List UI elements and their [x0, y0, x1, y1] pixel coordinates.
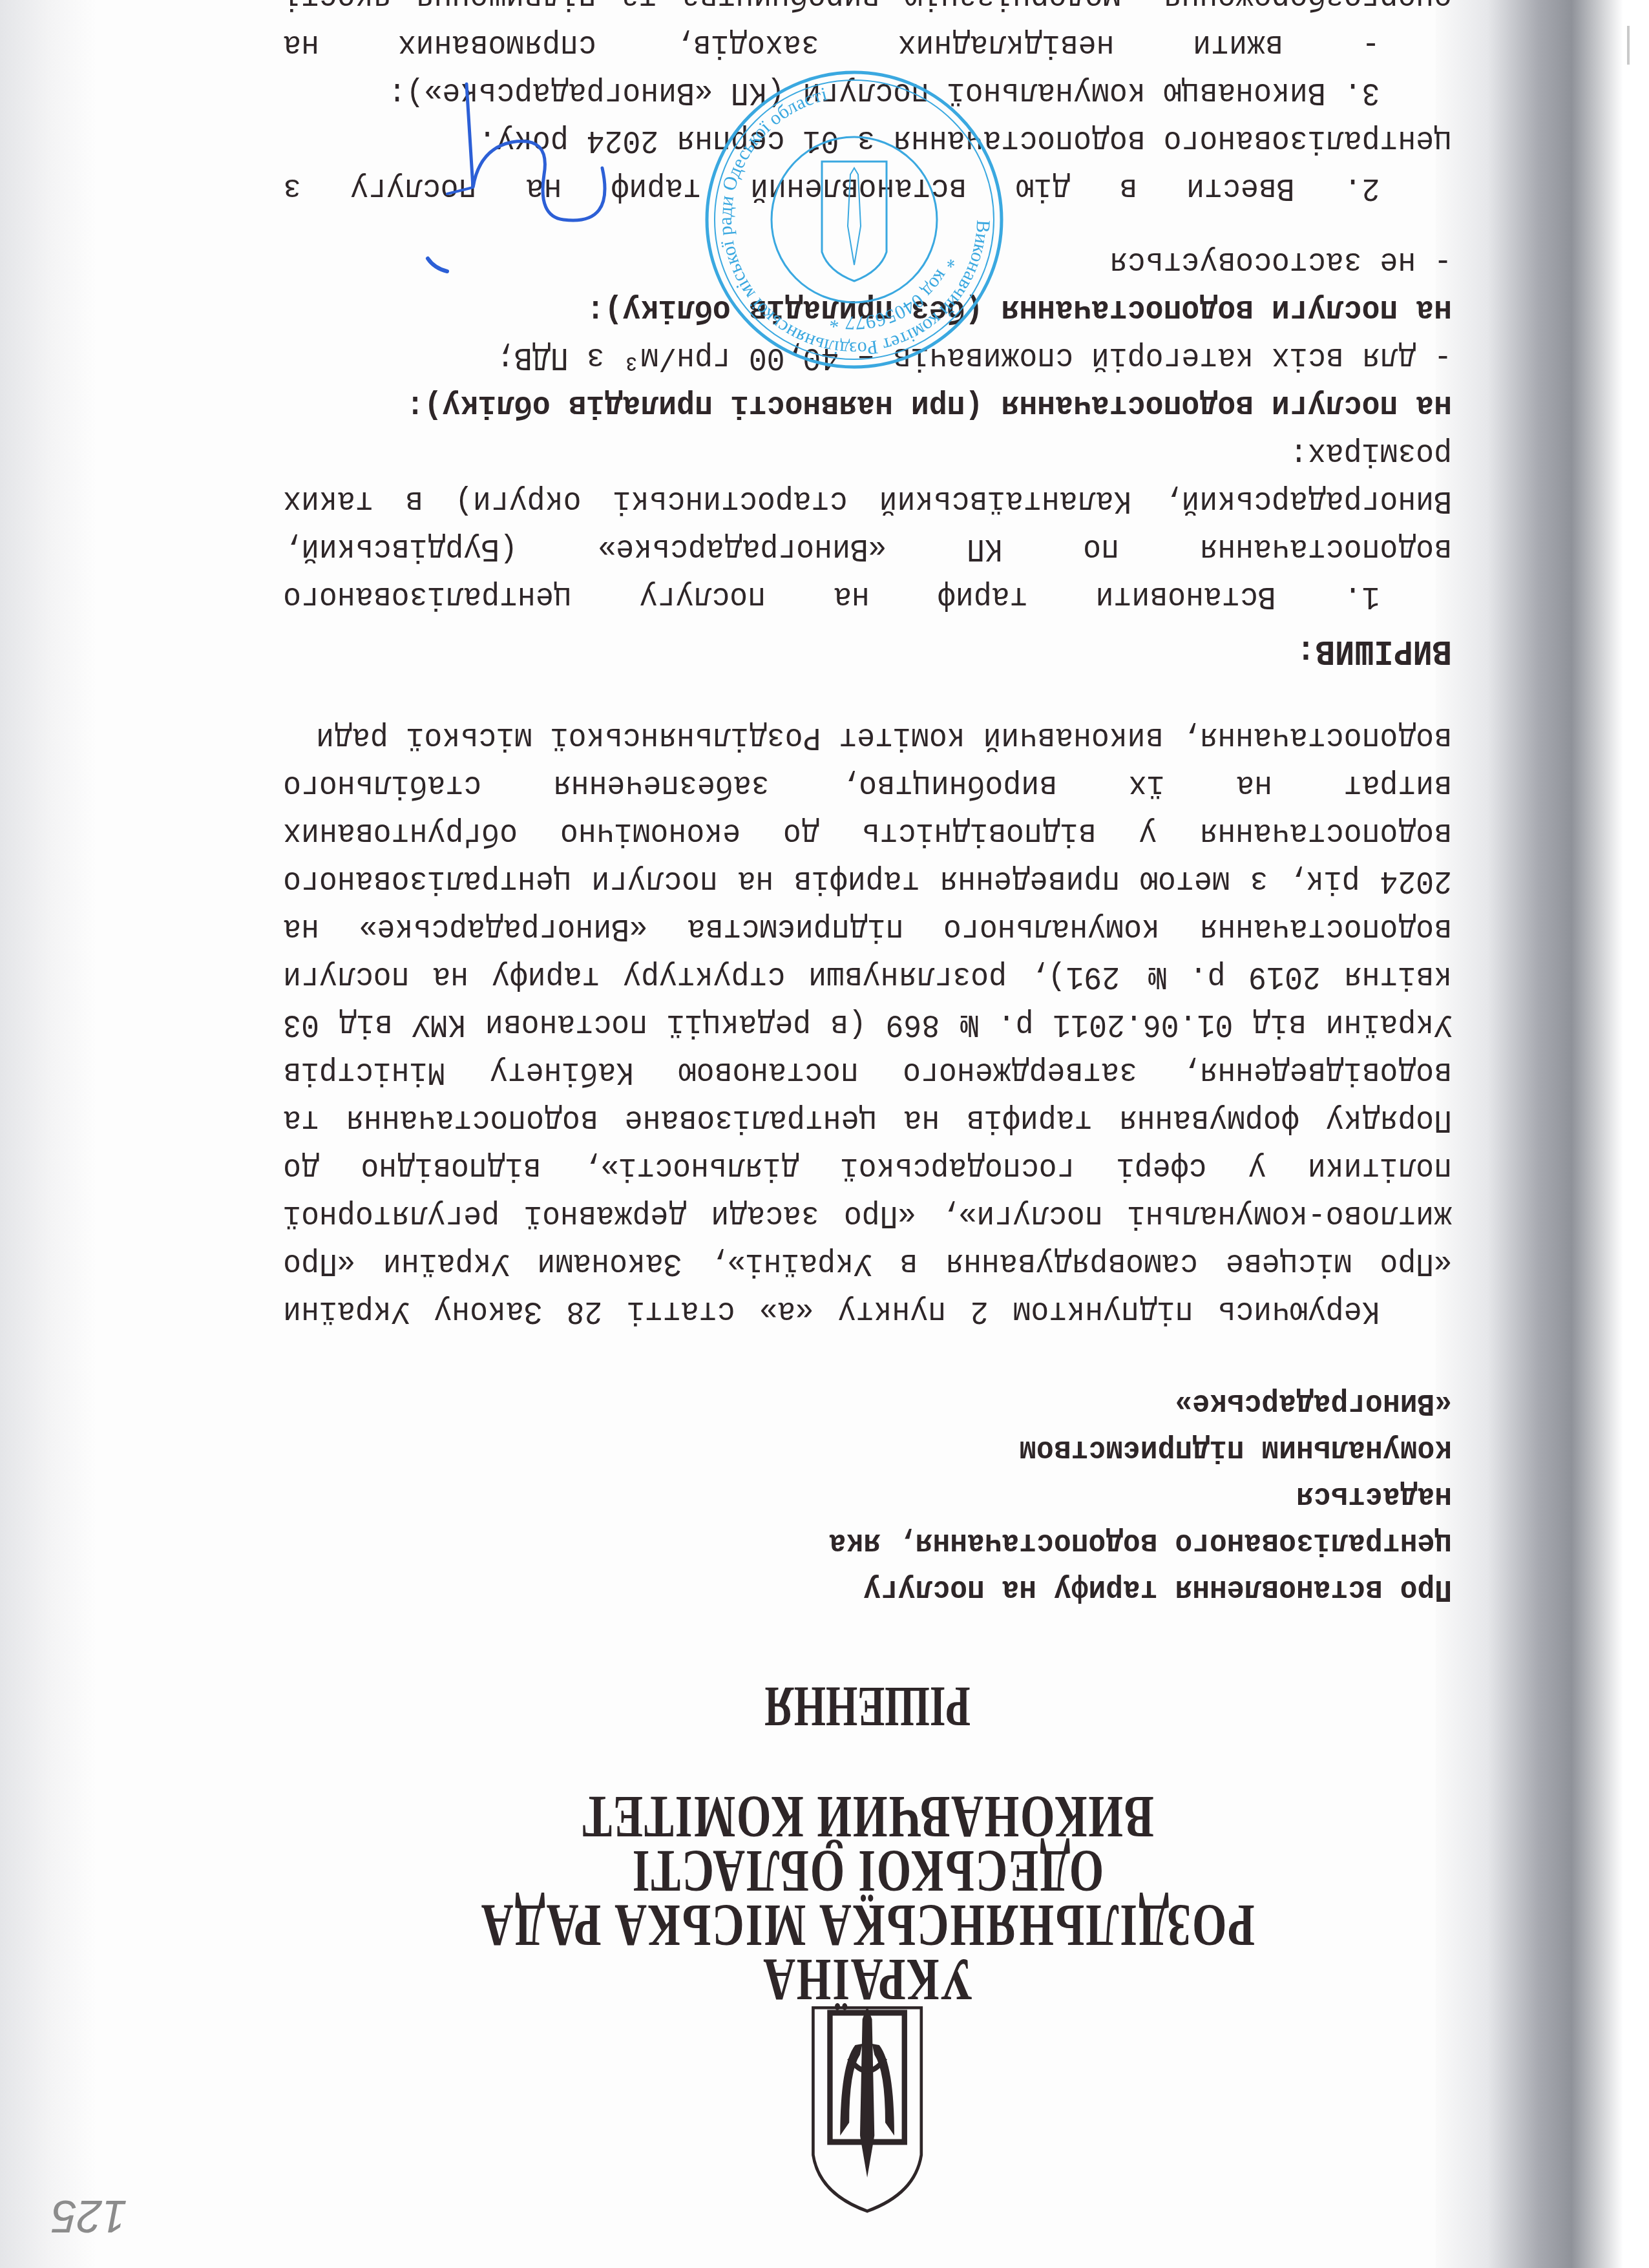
scanned-page: 125 УКРАЇНА РОЗДІЛЬНЯНСЬКА МІСЬКА РАДА О… — [0, 0, 1649, 2268]
item-1: 1. Встановити тариф на послугу централіз… — [283, 428, 1452, 620]
subject-line: Про встановлення тарифу на послугу — [761, 1566, 1453, 1612]
scan-mark — [1627, 26, 1630, 65]
subject-line: централізованого водопостачання, яка над… — [761, 1473, 1453, 1566]
subject-line: комунальним підприємством «Виноградарськ… — [761, 1380, 1453, 1473]
decision-subject: Про встановлення тарифу на послугу центр… — [761, 1380, 1453, 1612]
header-body: ВИКОНАВЧИЙ КОМІТЕТ — [283, 1783, 1452, 1851]
document-type: РІШЕННЯ — [283, 1676, 1452, 1738]
decided-label: ВИРІШИВ: — [283, 626, 1452, 674]
tariff-with-meters-heading: на послуги водопостачання (при наявності… — [283, 381, 1452, 428]
binding-gutter-shadow — [1436, 0, 1649, 2268]
item-3-measures: - вжити невідкладних заходів, спрямовани… — [283, 0, 1452, 68]
coat-of-arms-trident-icon — [808, 2006, 928, 2213]
handwritten-page-number: 125 — [52, 2190, 127, 2242]
handwritten-signature — [331, 65, 641, 297]
page-edge-shade — [0, 0, 97, 2268]
preamble: Керуючись підпунктом 2 пункту «а» статті… — [283, 713, 1452, 1334]
official-stamp-icon: Виконавчий комітет Роздільнянської міськ… — [699, 65, 1009, 375]
